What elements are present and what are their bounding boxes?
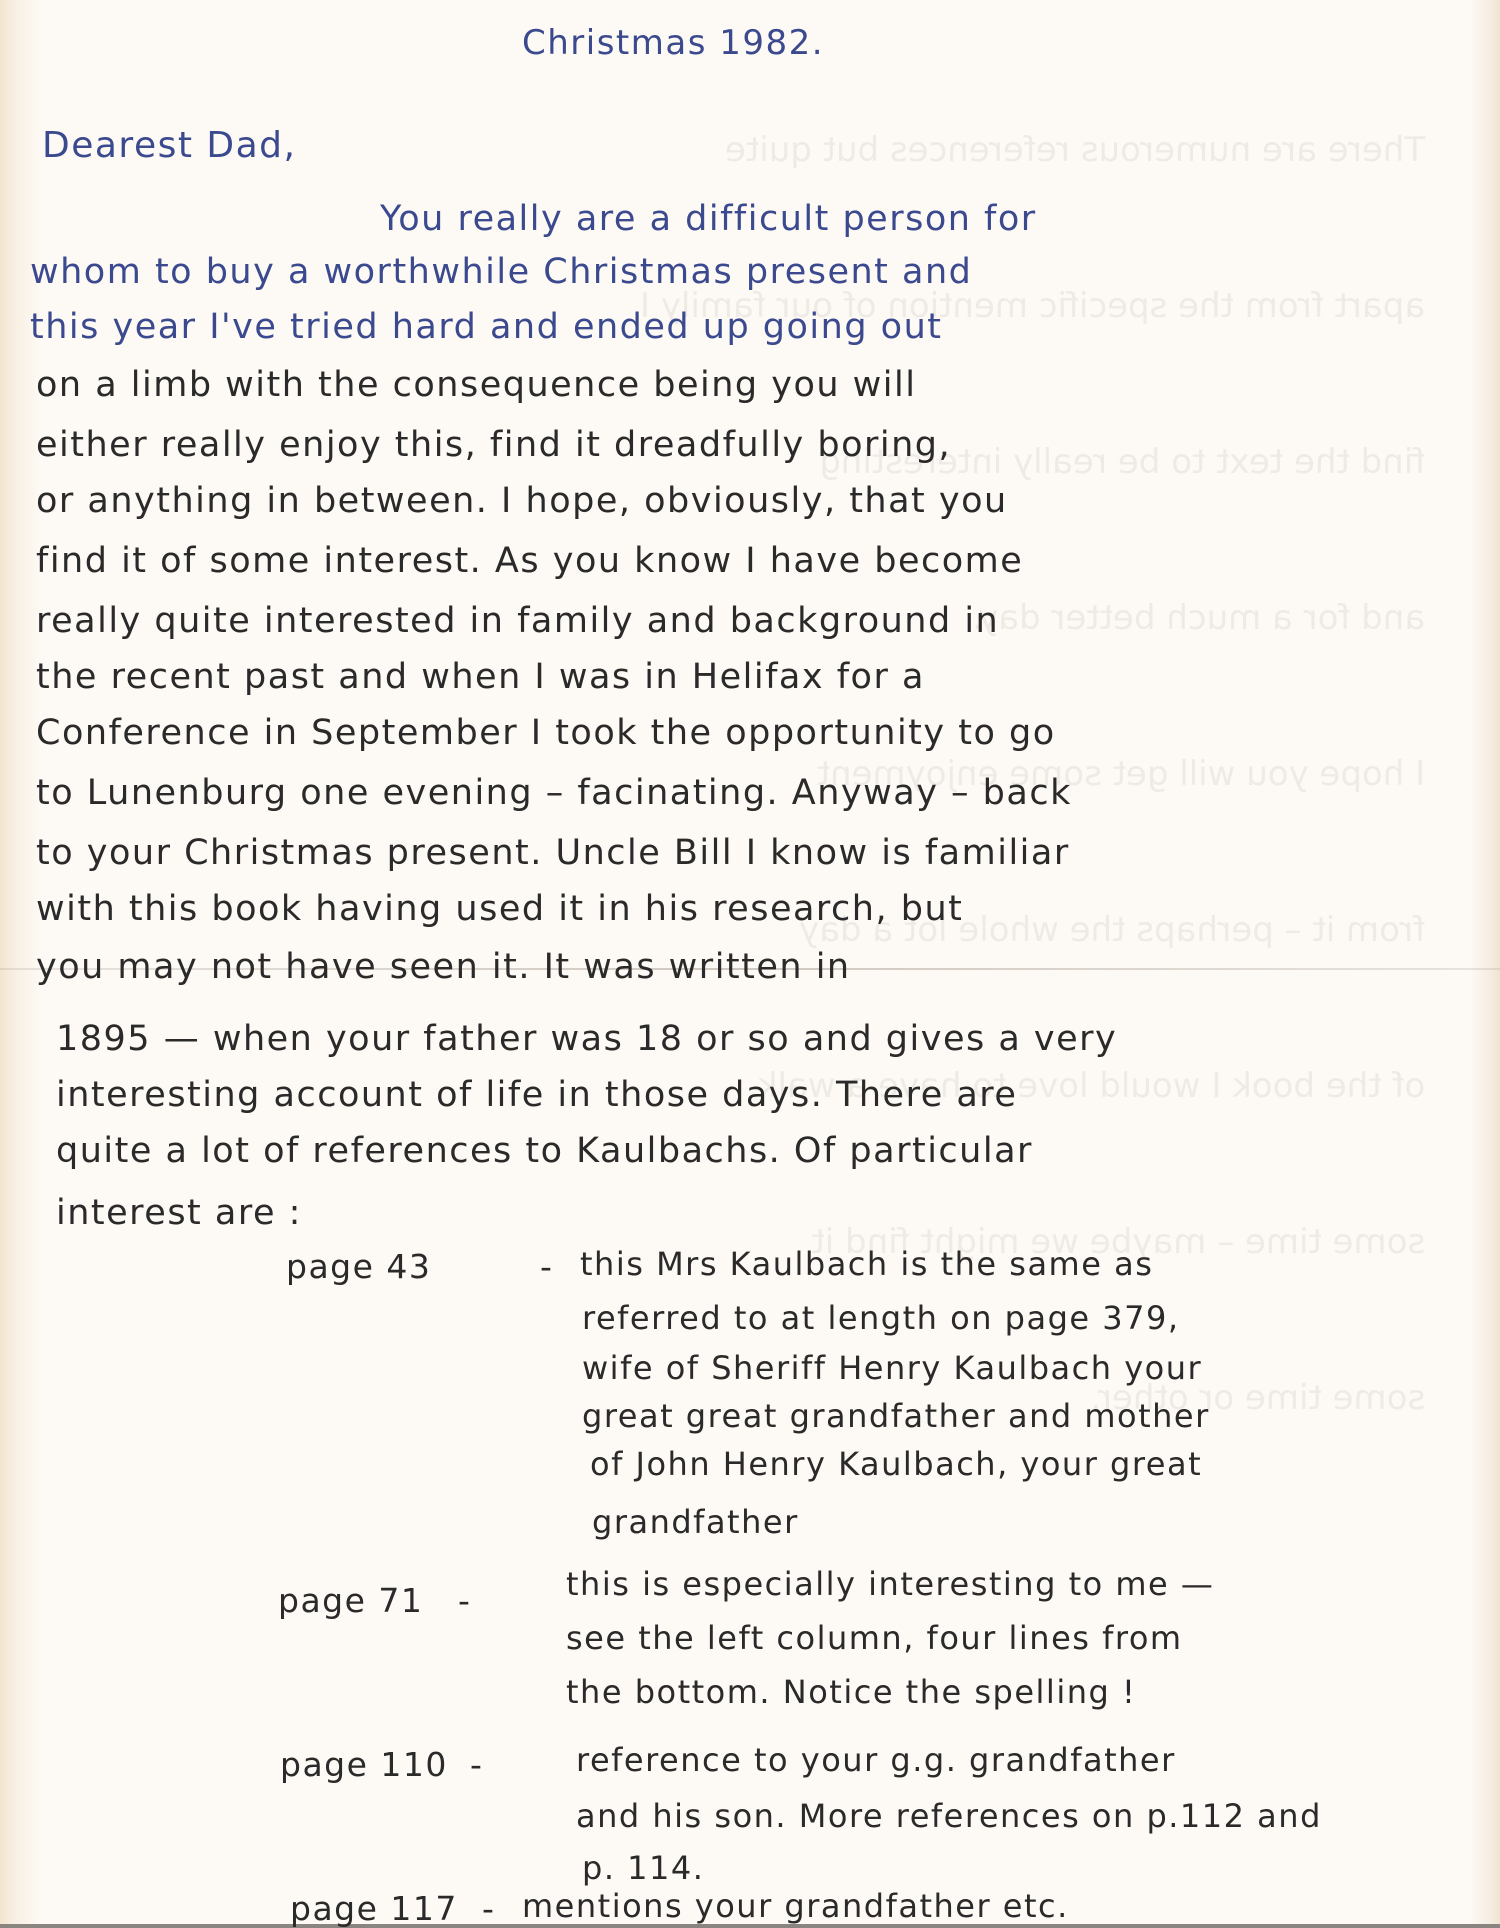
reference-line: mentions your grandfather etc. xyxy=(522,1890,1069,1922)
reference-line: this Mrs Kaulbach is the same as xyxy=(580,1248,1153,1280)
reference-line: of John Henry Kaulbach, your great xyxy=(590,1448,1202,1480)
body-line: quite a lot of references to Kaulbachs. … xyxy=(56,1134,1033,1169)
letter-date: Christmas 1982. xyxy=(522,26,824,60)
body-line: 1895 — when your father was 18 or so and… xyxy=(56,1022,1117,1057)
body-line: you may not have seen it. It was written… xyxy=(36,950,851,985)
letter-salutation: Dearest Dad, xyxy=(42,128,296,164)
reference-separator: - xyxy=(470,1748,483,1781)
ghost-line: There are numerous references but quite xyxy=(640,124,1425,176)
reference-separator: - xyxy=(458,1584,471,1617)
body-line: Conference in September I took the oppor… xyxy=(36,716,1056,751)
body-line: on a limb with the consequence being you… xyxy=(36,368,916,403)
body-line: the recent past and when I was in Helifa… xyxy=(36,660,925,695)
body-line: whom to buy a worthwhile Christmas prese… xyxy=(30,255,972,290)
body-line: or anything in between. I hope, obviousl… xyxy=(36,484,1008,519)
body-line: either really enjoy this, find it dreadf… xyxy=(36,428,951,463)
reference-page-label: page 117 xyxy=(290,1892,458,1925)
reference-line: this is especially interesting to me — xyxy=(566,1568,1214,1600)
reference-separator: - xyxy=(540,1250,553,1283)
body-line: You really are a difficult person for xyxy=(380,202,1037,237)
reference-page-label: page 110 xyxy=(280,1748,448,1781)
reference-line: p. 114. xyxy=(582,1852,704,1884)
reference-line: great great grandfather and mother xyxy=(582,1400,1210,1432)
body-line: interesting account of life in those day… xyxy=(56,1078,1017,1113)
body-line: this year I've tried hard and ended up g… xyxy=(30,310,942,345)
reference-page-label: page 43 xyxy=(286,1250,431,1283)
reference-line: see the left column, four lines from xyxy=(566,1622,1183,1654)
body-line: find it of some interest. As you know I … xyxy=(36,544,1023,579)
body-line: with this book having used it in his res… xyxy=(36,892,963,927)
reference-page-label: page 71 xyxy=(278,1584,423,1617)
reference-line: grandfather xyxy=(592,1506,799,1538)
reference-line: referred to at length on page 379, xyxy=(582,1302,1179,1334)
body-line: to Lunenburg one evening – facinating. A… xyxy=(36,776,1072,811)
reference-separator: - xyxy=(482,1892,495,1925)
body-line: interest are : xyxy=(56,1196,302,1231)
reference-line: the bottom. Notice the spelling ! xyxy=(566,1676,1136,1708)
body-line: really quite interested in family and ba… xyxy=(36,604,999,639)
reference-line: reference to your g.g. grandfather xyxy=(576,1744,1176,1776)
body-line: to your Christmas present. Uncle Bill I … xyxy=(36,836,1070,871)
reference-line: and his son. More references on p.112 an… xyxy=(576,1800,1322,1832)
reference-line: wife of Sheriff Henry Kaulbach your xyxy=(582,1352,1202,1384)
